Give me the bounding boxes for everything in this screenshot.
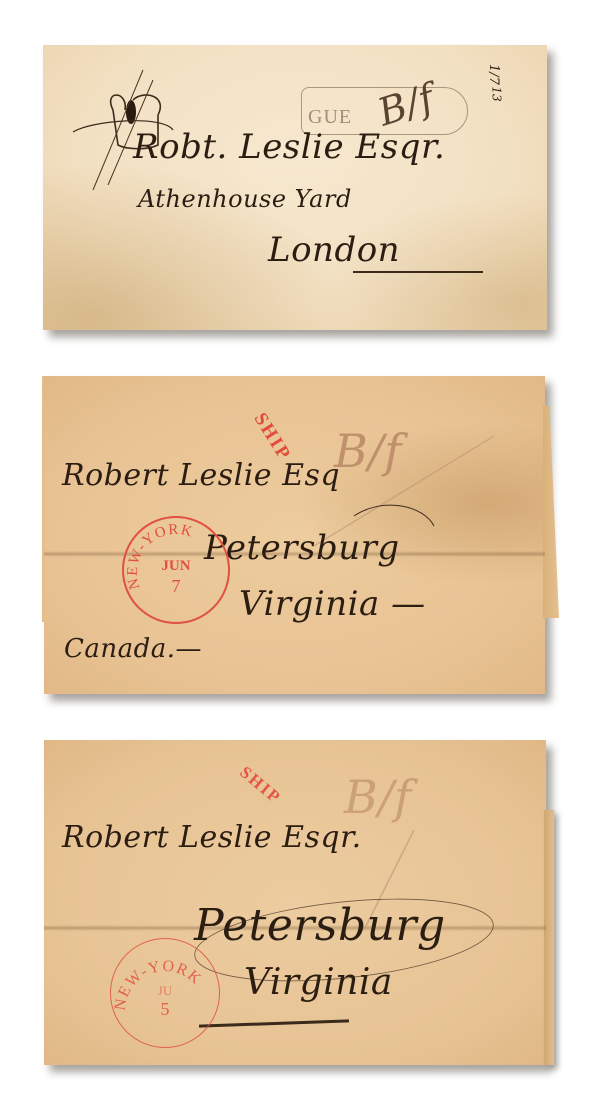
address-underline: [353, 271, 483, 273]
new-york-postmark: NEW-YORK JUN 7: [122, 516, 230, 624]
rate-fraction-denominator: 13: [490, 86, 504, 101]
manuscript-rate-mark: B/f: [344, 770, 412, 824]
address-line-name: Robert Leslie Esqr.: [62, 820, 362, 855]
address-line-state: Virginia —: [239, 584, 426, 624]
postmark-day: 5: [111, 999, 219, 1020]
rate-fraction: 1/7: [486, 64, 501, 85]
address-line-city: London: [268, 230, 400, 270]
address-line-name: Robt. Leslie Esqr.: [133, 127, 445, 167]
address-line-street: Athenhouse Yard: [138, 185, 352, 213]
letter-cover-london: GUE B/f 1/7 13 Robt. Leslie Esqr. Athenh…: [43, 45, 547, 330]
origin-note: Canada.—: [64, 634, 202, 664]
postmark-month: JUN: [124, 558, 228, 575]
address-line-name: Robert Leslie Esq: [62, 458, 340, 493]
new-york-postmark: NEW-YORK JU 5: [110, 938, 220, 1048]
letter-cover-canada-2: SHIP B/f Robert Leslie Esqr. Petersburg …: [44, 740, 546, 1065]
address-flourish-icon: [194, 890, 494, 1010]
address-line-city: Petersburg: [204, 528, 400, 568]
postmark-month: JU: [111, 983, 219, 999]
letter-cover-canada-1: SHIP B/f Robert Leslie Esq Petersburg Vi…: [44, 376, 545, 694]
fold-flap-right: [544, 810, 554, 1065]
postmark-day: 7: [124, 576, 228, 597]
fold-flap-right: [543, 406, 559, 618]
